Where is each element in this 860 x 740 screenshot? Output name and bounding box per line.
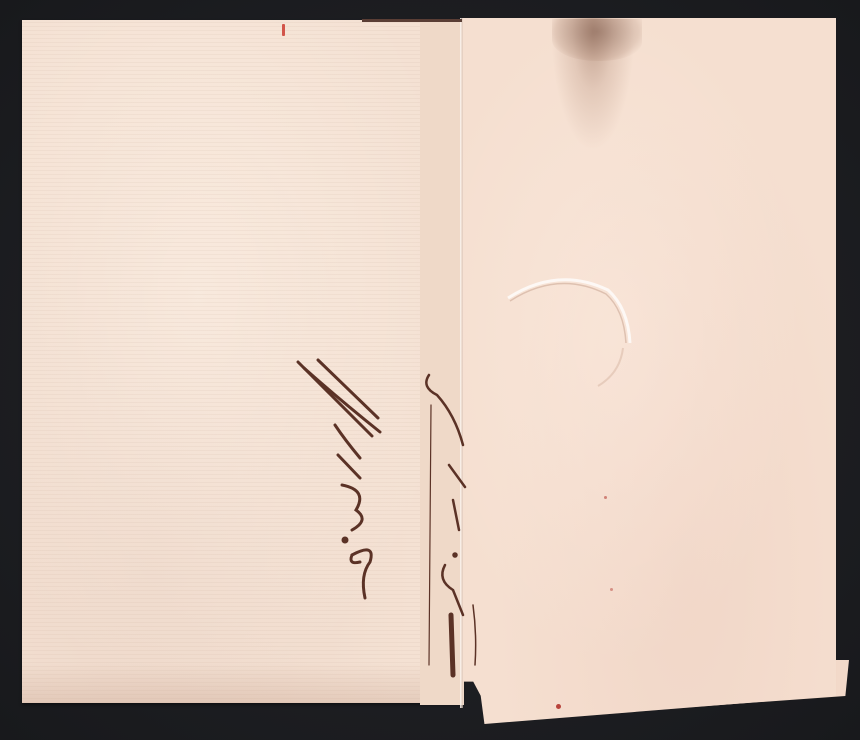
embossed-seal-icon	[498, 268, 638, 398]
red-ink-dot	[556, 704, 561, 709]
docket-handwriting-right	[415, 365, 485, 685]
docket-handwriting-left	[290, 350, 400, 610]
red-speck	[610, 588, 613, 591]
red-ink-mark	[282, 24, 285, 36]
age-stain	[552, 19, 642, 61]
top-edge-shadow	[362, 19, 462, 22]
red-speck	[604, 496, 607, 499]
